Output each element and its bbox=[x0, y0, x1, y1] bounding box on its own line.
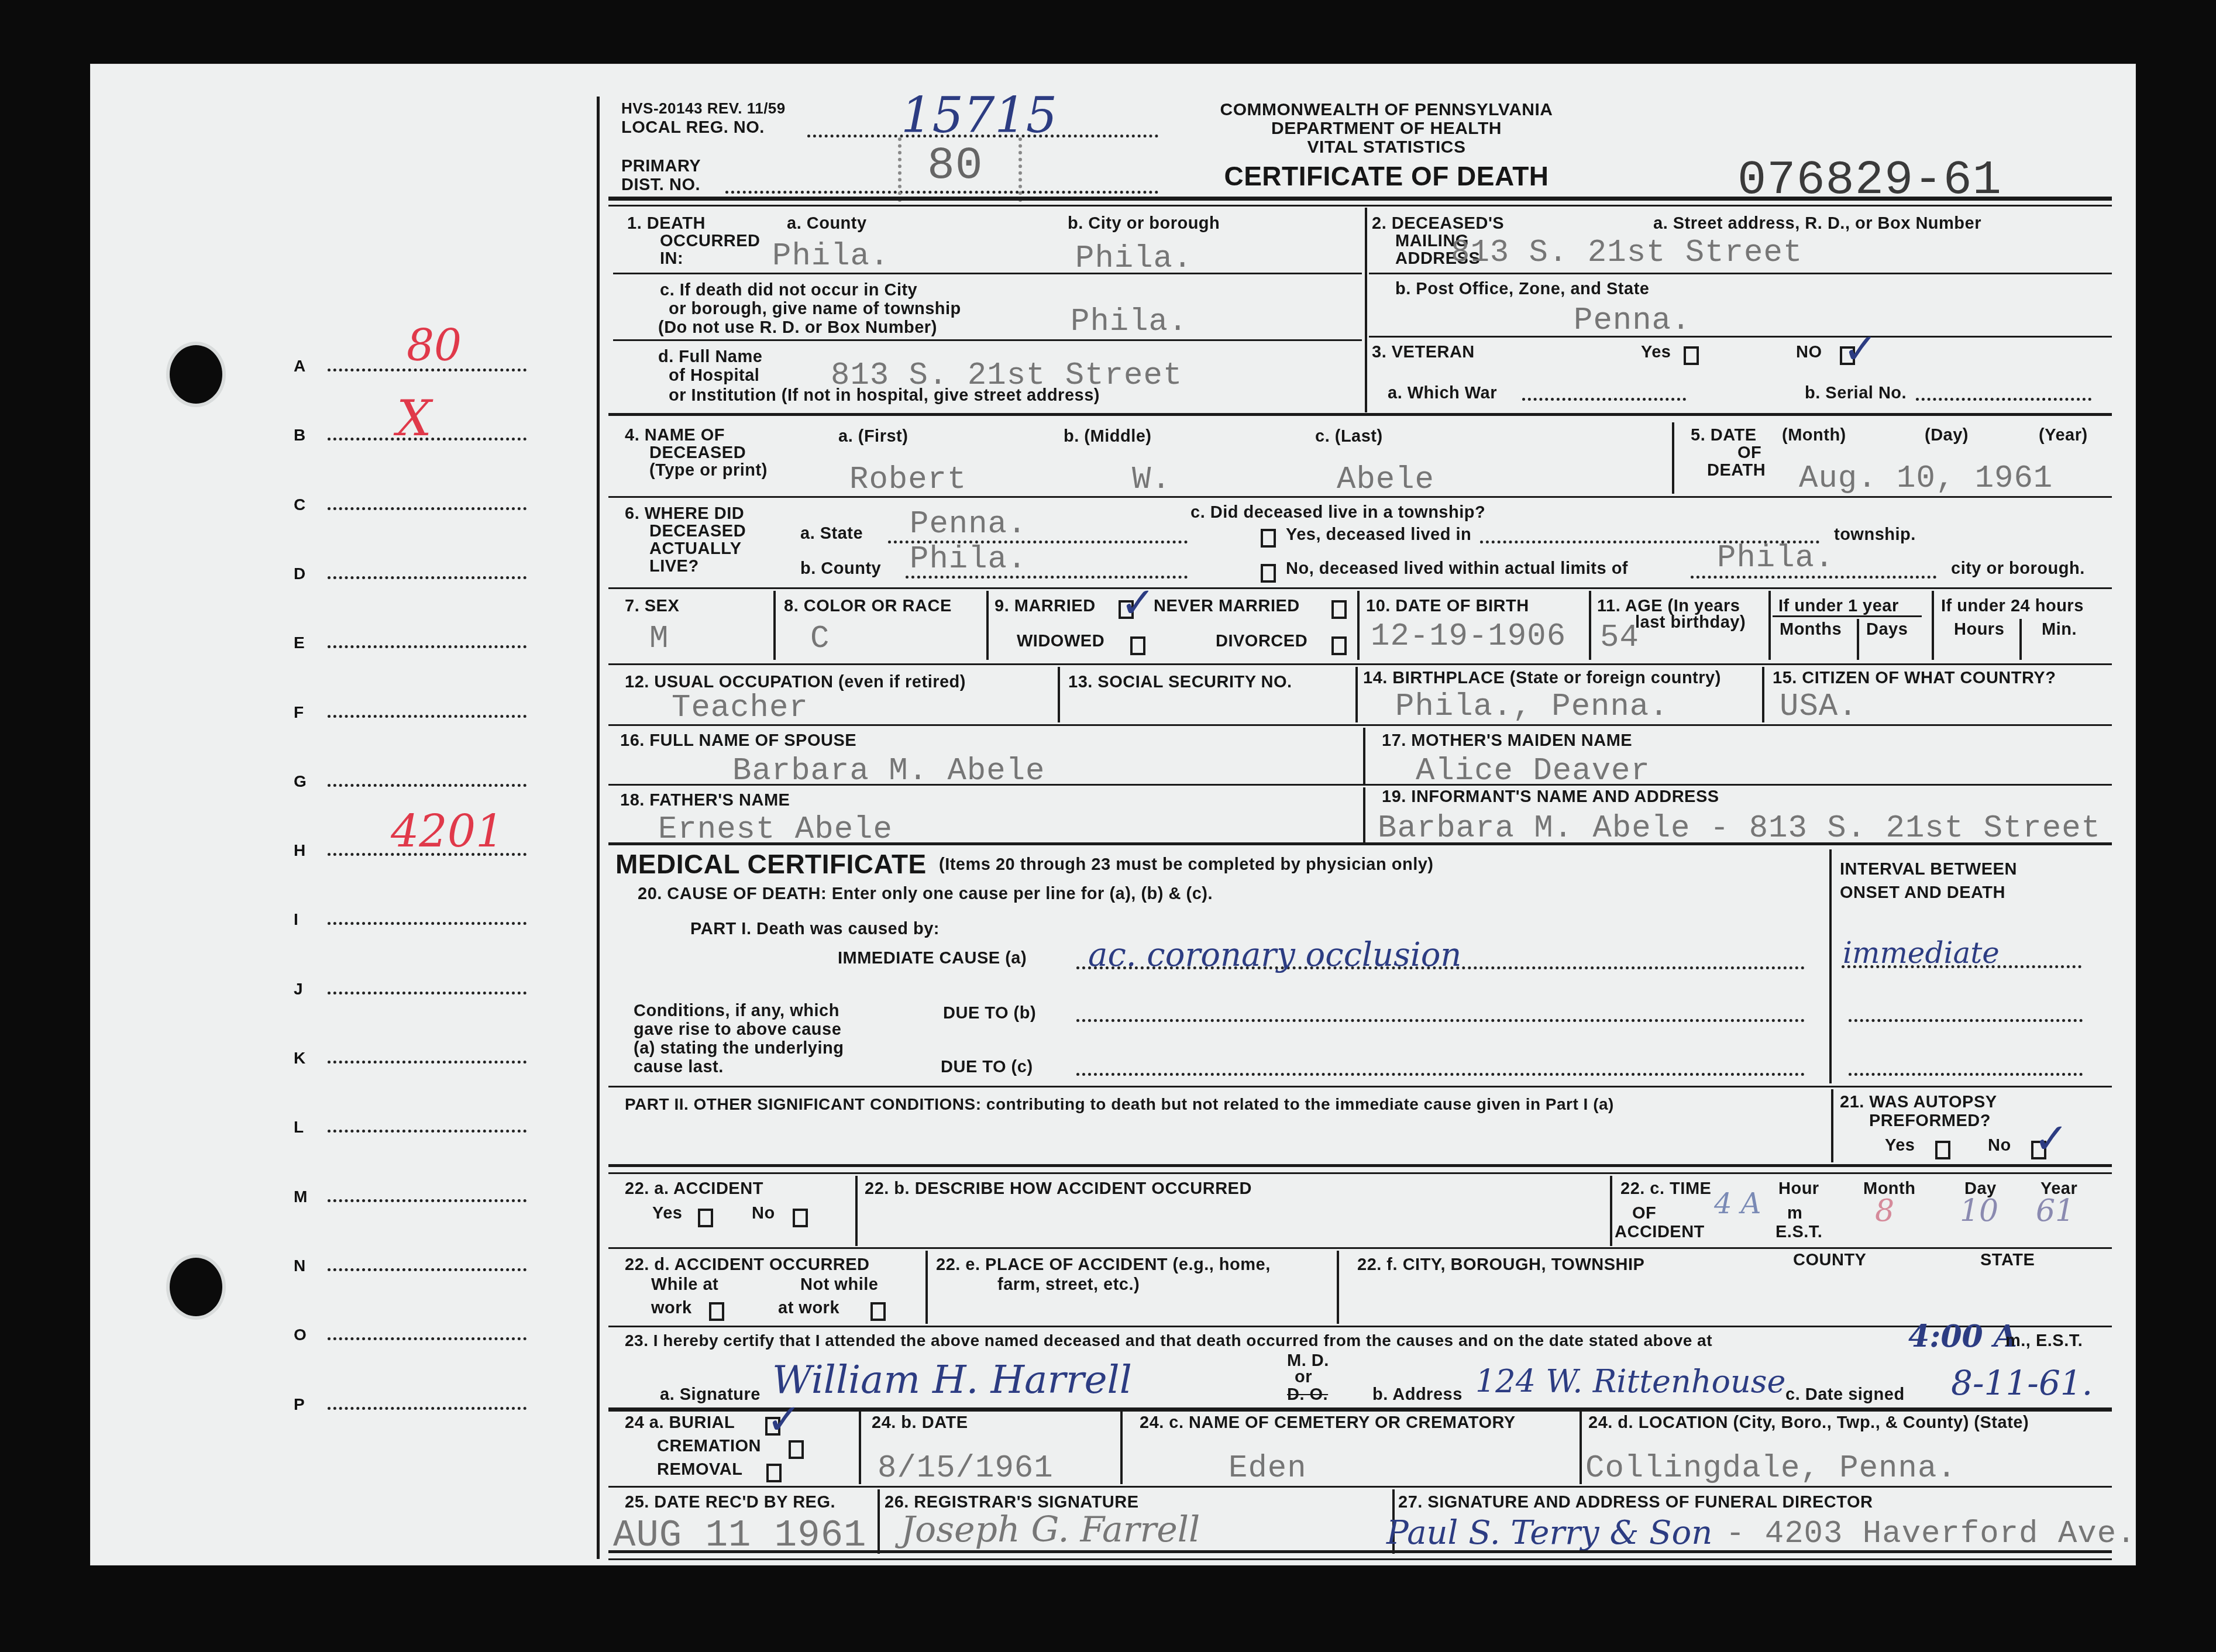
last-name-field[interactable]: Abele bbox=[1337, 462, 1434, 498]
margin-letter: G bbox=[294, 772, 307, 791]
removal-checkbox[interactable] bbox=[766, 1464, 782, 1482]
medical-certificate-title: MEDICAL CERTIFICATE bbox=[615, 849, 927, 879]
margin-letter: B bbox=[294, 426, 305, 445]
accident-occurred-label: 22. d. ACCIDENT OCCURRED bbox=[625, 1255, 870, 1274]
year-label: (Year) bbox=[2039, 426, 2088, 445]
margin-letter: D bbox=[294, 565, 305, 583]
margin-letter: H bbox=[294, 841, 305, 860]
s6-label: LIVE? bbox=[649, 557, 699, 576]
interval-field[interactable]: immediate bbox=[1843, 936, 2000, 970]
min-label: Min. bbox=[2042, 620, 2077, 639]
divider bbox=[1610, 1176, 1612, 1246]
informant-label: 19. INFORMANT'S NAME AND ADDRESS bbox=[1382, 787, 1719, 806]
interval-label: INTERVAL BETWEEN bbox=[1840, 860, 2017, 879]
checkmark-icon: ✓ bbox=[766, 1398, 801, 1440]
divider bbox=[1363, 787, 1365, 842]
death-county-field[interactable]: Phila. bbox=[772, 239, 889, 274]
time-suffix: m., E.S.T. bbox=[2005, 1331, 2083, 1350]
rule bbox=[608, 1172, 2112, 1174]
s4-label: DECEASED bbox=[649, 443, 746, 462]
margin-line-c[interactable] bbox=[328, 507, 527, 510]
margin-letter: M bbox=[294, 1188, 307, 1206]
cause-of-death-label: 20. CAUSE OF DEATH: Enter only one cause… bbox=[638, 884, 1213, 903]
birthplace-field[interactable]: Phila., Penna. bbox=[1395, 689, 1669, 725]
est-label: E.S.T. bbox=[1775, 1223, 1822, 1241]
do-label: D. O. bbox=[1287, 1385, 1328, 1404]
divider bbox=[1363, 728, 1365, 784]
checkmark-icon: ✓ bbox=[2033, 1117, 2069, 1159]
widowed-checkbox[interactable] bbox=[1130, 636, 1145, 655]
divider bbox=[1580, 1411, 1582, 1484]
s4-label: (Type or print) bbox=[649, 461, 768, 480]
rule bbox=[613, 273, 1362, 274]
margin-line-o[interactable] bbox=[328, 1337, 527, 1340]
punch-hole bbox=[170, 345, 222, 404]
age-field[interactable]: 54 bbox=[1600, 620, 1639, 656]
margin-letter: I bbox=[294, 910, 298, 929]
never-married-label: NEVER MARRIED bbox=[1154, 597, 1300, 615]
rule bbox=[608, 587, 2112, 589]
margin-line-e[interactable] bbox=[328, 645, 527, 648]
divider bbox=[773, 591, 776, 660]
rule bbox=[608, 1407, 2112, 1412]
divider bbox=[2019, 619, 2022, 660]
burial-label: 24 a. BURIAL bbox=[625, 1413, 735, 1432]
margin-line-m[interactable] bbox=[328, 1199, 527, 1202]
s1-label: OCCURRED bbox=[660, 232, 761, 250]
middle-name-label: b. (Middle) bbox=[1064, 427, 1151, 446]
cemetery-location-field[interactable]: Collingdale, Penna. bbox=[1585, 1451, 1957, 1486]
place-label-2: farm, street, etc.) bbox=[997, 1275, 1140, 1294]
divorced-label: DIVORCED bbox=[1216, 632, 1307, 651]
margin-line-g[interactable] bbox=[328, 784, 527, 787]
margin-annotation-a: 80 bbox=[407, 321, 462, 371]
city-suffix: city or borough. bbox=[1951, 559, 2085, 578]
street-label: a. Street address, R. D., or Box Number bbox=[1653, 214, 1981, 233]
margin-line-d[interactable] bbox=[328, 576, 527, 579]
accident-hour-field[interactable]: 4 A bbox=[1714, 1188, 1761, 1220]
death-city-field[interactable]: Phila. bbox=[1075, 241, 1192, 277]
township-suffix: township. bbox=[1834, 525, 1916, 544]
autopsy-yes-label: Yes bbox=[1885, 1136, 1915, 1155]
divider bbox=[925, 1251, 928, 1324]
local-reg-value: 15715 bbox=[901, 87, 1057, 144]
form-number: HVS-20143 REV. 11/59 bbox=[621, 99, 786, 117]
never-married-checkbox[interactable] bbox=[1331, 600, 1347, 619]
accident-yes-checkbox[interactable] bbox=[698, 1209, 713, 1227]
divider bbox=[1337, 1251, 1339, 1324]
divider bbox=[1365, 208, 1367, 412]
registrar-signature[interactable]: Joseph G. Farrell bbox=[901, 1509, 1200, 1550]
form-left-border bbox=[597, 97, 600, 1559]
spouse-label: 16. FULL NAME OF SPOUSE bbox=[620, 731, 856, 750]
s1d-label: d. Full Name bbox=[658, 347, 762, 366]
margin-letter: J bbox=[294, 980, 303, 999]
due-to-c-field[interactable] bbox=[1076, 1073, 1805, 1076]
checkmark-icon: ✓ bbox=[1120, 581, 1155, 624]
divider bbox=[1768, 591, 1771, 660]
part2-label: PART II. OTHER SIGNIFICANT CONDITIONS: c… bbox=[625, 1095, 1614, 1114]
punch-hole bbox=[170, 1258, 222, 1316]
divider bbox=[1857, 619, 1859, 660]
s1c-label: or borough, give name of township bbox=[669, 300, 961, 318]
cremation-checkbox[interactable] bbox=[789, 1440, 804, 1459]
rule bbox=[1369, 273, 2112, 274]
cremation-label: CREMATION bbox=[657, 1437, 761, 1455]
township-yes-label: Yes, deceased lived in bbox=[1286, 525, 1471, 544]
city-borough-label: 22. f. CITY, BOROUGH, TOWNSHIP bbox=[1357, 1255, 1644, 1274]
margin-line-f[interactable] bbox=[328, 715, 527, 718]
header-rule bbox=[608, 197, 2112, 201]
interval-b-field[interactable] bbox=[1849, 1019, 2083, 1022]
divider bbox=[1357, 591, 1360, 660]
dob-label: 10. DATE OF BIRTH bbox=[1366, 597, 1529, 615]
under-year-label: If under 1 year bbox=[1778, 597, 1899, 615]
interval-label: ONSET AND DEATH bbox=[1840, 883, 2005, 902]
s1c-label: (Do not use R. D. or Box Number) bbox=[658, 318, 937, 337]
time-of-accident-label: 22. c. TIME bbox=[1620, 1179, 1711, 1198]
margin-annotation-b: X bbox=[397, 390, 432, 447]
s5-label: 5. DATE bbox=[1691, 426, 1757, 445]
war-field[interactable] bbox=[1522, 398, 1686, 401]
months-label: Months bbox=[1780, 620, 1842, 639]
rule bbox=[608, 1247, 2112, 1249]
date-of-death-field[interactable]: Aug. 10, 1961 bbox=[1799, 461, 2053, 497]
rule bbox=[608, 1326, 2112, 1327]
divider bbox=[1589, 591, 1591, 660]
rule bbox=[608, 496, 2112, 498]
date-received-label: 25. DATE REC'D BY REG. bbox=[625, 1493, 835, 1512]
citizenship-field[interactable]: USA. bbox=[1780, 689, 1858, 725]
occupation-field[interactable]: Teacher bbox=[672, 690, 808, 726]
divider bbox=[1932, 591, 1934, 660]
agency-line-3: VITAL STATISTICS bbox=[1193, 138, 1580, 157]
accident-year-field[interactable]: 61 bbox=[2036, 1193, 2074, 1228]
veteran-yes-label: Yes bbox=[1641, 343, 1671, 362]
accident-state-label: STATE bbox=[1980, 1251, 2035, 1269]
agency-line-1: COMMONWEALTH OF PENNSYLVANIA bbox=[1193, 101, 1580, 119]
date-signed-label: c. Date signed bbox=[1785, 1385, 1905, 1404]
rule bbox=[608, 1086, 2112, 1087]
s1c-label: c. If death did not occur in City bbox=[660, 281, 917, 300]
s6-label: ACTUALLY bbox=[649, 539, 742, 558]
autopsy-label-2: PREFORMED? bbox=[1869, 1111, 1991, 1130]
margin-letter: C bbox=[294, 495, 305, 514]
margin-letter: P bbox=[294, 1395, 305, 1414]
mailing-street-field[interactable]: 813 S. 21st Street bbox=[1451, 235, 1802, 271]
s5-label: OF bbox=[1737, 443, 1761, 462]
margin-letter: E bbox=[294, 634, 305, 652]
s6-label: 6. WHERE DID bbox=[625, 504, 744, 523]
divider bbox=[878, 1489, 880, 1554]
margin-line-n[interactable] bbox=[328, 1268, 527, 1271]
divider bbox=[1672, 422, 1674, 494]
burial-date-field[interactable]: 8/15/1961 bbox=[878, 1451, 1054, 1486]
conditions-label: gave rise to above cause bbox=[634, 1020, 841, 1039]
autopsy-no-label: No bbox=[1988, 1136, 2011, 1155]
s1d-label: of Hospital bbox=[669, 366, 759, 385]
divider bbox=[859, 1411, 861, 1484]
veteran-label: 3. VETERAN bbox=[1372, 343, 1475, 362]
township-no-label: No, deceased lived within actual limits … bbox=[1286, 559, 1628, 578]
married-label: 9. MARRIED bbox=[995, 597, 1096, 615]
veteran-no-label: NO bbox=[1796, 343, 1822, 362]
first-name-label: a. (First) bbox=[838, 427, 908, 446]
race-field[interactable]: C bbox=[810, 621, 830, 657]
rule bbox=[608, 663, 2112, 665]
s4-label: 4. NAME OF bbox=[625, 426, 725, 445]
township-question: c. Did deceased live in a township? bbox=[1190, 503, 1485, 522]
address-label: b. Address bbox=[1372, 1385, 1463, 1404]
cemetery-field[interactable]: Eden bbox=[1229, 1451, 1307, 1486]
last-name-label: c. (Last) bbox=[1315, 427, 1383, 446]
father-label: 18. FATHER'S NAME bbox=[620, 791, 790, 810]
or-label: or bbox=[1295, 1368, 1312, 1386]
margin-letter: K bbox=[294, 1049, 305, 1068]
county-label: a. County bbox=[787, 214, 867, 233]
hours-label: Hours bbox=[1954, 620, 2004, 639]
divider bbox=[1829, 849, 1832, 1083]
page-title: CERTIFICATE OF DEATH bbox=[1193, 161, 1580, 191]
primary-label: PRIMARY bbox=[621, 157, 701, 175]
s5-label: DEATH bbox=[1707, 461, 1766, 480]
due-to-b-field[interactable] bbox=[1076, 1019, 1805, 1022]
part1-label: PART I. Death was caused by: bbox=[690, 920, 940, 938]
burial-date-label: 24. b. DATE bbox=[872, 1413, 968, 1432]
autopsy-label: 21. WAS AUTOPSY bbox=[1840, 1093, 1997, 1111]
race-label: 8. COLOR OR RACE bbox=[784, 597, 952, 615]
hour-label: Hour bbox=[1778, 1179, 1819, 1198]
margin-letter: F bbox=[294, 703, 304, 722]
time-of-accident-label: ACCIDENT bbox=[1615, 1223, 1705, 1241]
divider bbox=[1120, 1411, 1123, 1484]
rule bbox=[608, 784, 2112, 786]
accident-month-field[interactable]: 8 bbox=[1875, 1193, 1894, 1228]
sex-label: 7. SEX bbox=[625, 597, 679, 615]
due-to-c-label: DUE TO (c) bbox=[941, 1058, 1033, 1076]
rule bbox=[1773, 615, 1922, 617]
sex-field[interactable]: M bbox=[649, 621, 669, 657]
s1-label: IN: bbox=[660, 249, 683, 268]
header-rule-2 bbox=[608, 205, 2112, 206]
divider bbox=[1058, 667, 1060, 722]
rule bbox=[613, 339, 1362, 341]
divider bbox=[1355, 667, 1358, 722]
margin-line-p[interactable] bbox=[328, 1407, 527, 1410]
township-field[interactable]: Phila. bbox=[1071, 304, 1188, 340]
divider bbox=[1762, 667, 1764, 722]
divider bbox=[855, 1176, 858, 1246]
post-office-label: b. Post Office, Zone, and State bbox=[1395, 280, 1649, 298]
middle-name-field[interactable]: W. bbox=[1132, 462, 1171, 498]
residence-state-field[interactable]: Penna. bbox=[910, 507, 1027, 542]
margin-annotation-h: 4201 bbox=[391, 805, 504, 857]
margin-line-j[interactable] bbox=[328, 992, 527, 994]
accident-yes-label: Yes bbox=[652, 1204, 683, 1223]
accident-label: 22. a. ACCIDENT bbox=[625, 1179, 763, 1198]
days-label: Days bbox=[1866, 620, 1908, 639]
post-office-field[interactable]: Penna. bbox=[1574, 303, 1691, 339]
agency-line-2: DEPARTMENT OF HEALTH bbox=[1193, 119, 1580, 138]
dist-no-label: DIST. NO. bbox=[621, 175, 700, 194]
s1-label: 1. DEATH bbox=[627, 214, 706, 233]
accident-county-label: COUNTY bbox=[1793, 1251, 1866, 1269]
certify-time-field[interactable]: 4:00 A bbox=[1908, 1319, 2017, 1354]
serial-label: b. Serial No. bbox=[1805, 384, 1907, 402]
widowed-label: WIDOWED bbox=[1017, 632, 1104, 651]
location-label: 24. d. LOCATION (City, Boro., Twp., & Co… bbox=[1588, 1413, 2029, 1432]
rule bbox=[608, 842, 2112, 845]
conditions-label: Conditions, if any, which bbox=[634, 1001, 839, 1020]
war-label: a. Which War bbox=[1388, 384, 1497, 402]
not-while-label: Not while bbox=[800, 1275, 878, 1294]
birthplace-label: 14. BIRTHPLACE (State or foreign country… bbox=[1363, 669, 1721, 687]
month-label: (Month) bbox=[1782, 426, 1846, 445]
citizenship-label: 15. CITIZEN OF WHAT COUNTRY? bbox=[1773, 669, 2056, 687]
s6-label: DECEASED bbox=[649, 522, 746, 541]
certify-statement: 23. I hereby certify that I attended the… bbox=[625, 1331, 1712, 1350]
physician-signature[interactable]: William H. Harrell bbox=[772, 1357, 1132, 1402]
first-name-field[interactable]: Robert bbox=[849, 462, 966, 498]
rule bbox=[608, 1164, 2112, 1167]
rule bbox=[608, 413, 2112, 416]
age-label-2: last birthday) bbox=[1635, 613, 1746, 632]
cemetery-label: 24. c. NAME OF CEMETERY OR CREMATORY bbox=[1140, 1413, 1516, 1432]
interval-c-field[interactable] bbox=[1849, 1073, 2083, 1076]
date-signed-field[interactable]: 8-11-61. bbox=[1951, 1363, 2093, 1403]
s2-label: 2. DECEASED'S bbox=[1372, 214, 1504, 233]
while-at-label: While at bbox=[651, 1275, 718, 1294]
margin-letter: N bbox=[294, 1257, 305, 1275]
margin-letter: L bbox=[294, 1118, 304, 1137]
work-label: work bbox=[651, 1299, 692, 1317]
immediate-cause-field[interactable]: ac. coronary occlusion bbox=[1088, 936, 1461, 974]
serial-field[interactable] bbox=[1916, 398, 2091, 401]
funeral-director-label: 27. SIGNATURE AND ADDRESS OF FUNERAL DIR… bbox=[1398, 1493, 1873, 1512]
removal-label: REMOVAL bbox=[657, 1460, 742, 1479]
checkmark-icon: ✓ bbox=[1843, 328, 1878, 370]
accident-no-checkbox[interactable] bbox=[793, 1209, 808, 1227]
county-label: b. County bbox=[800, 559, 881, 578]
at-work-label: at work bbox=[778, 1299, 839, 1317]
rule bbox=[608, 1486, 2112, 1488]
describe-accident-label: 22. b. DESCRIBE HOW ACCIDENT OCCURRED bbox=[865, 1179, 1252, 1198]
township-yes-checkbox[interactable] bbox=[1261, 529, 1276, 548]
margin-letter: A bbox=[294, 357, 305, 376]
city-label: b. City or borough bbox=[1068, 214, 1220, 233]
conditions-label: (a) stating the underlying bbox=[634, 1039, 844, 1058]
mother-label: 17. MOTHER'S MAIDEN NAME bbox=[1382, 731, 1632, 750]
while-at-work-checkbox[interactable] bbox=[709, 1302, 724, 1321]
margin-letter: O bbox=[294, 1326, 307, 1344]
dob-field[interactable]: 12-19-1906 bbox=[1371, 619, 1566, 655]
informant-field[interactable]: Barbara M. Abele - 813 S. 21st Street bbox=[1378, 811, 2101, 846]
dist-no-value: 80 bbox=[927, 140, 983, 192]
due-to-b-label: DUE TO (b) bbox=[943, 1004, 1036, 1023]
autopsy-yes-checkbox[interactable] bbox=[1935, 1141, 1950, 1159]
medical-note: (Items 20 through 23 must be completed b… bbox=[939, 855, 1434, 874]
place-label: 22. e. PLACE OF ACCIDENT (e.g., home, bbox=[936, 1255, 1271, 1274]
accident-day-field[interactable]: 10 bbox=[1960, 1193, 1998, 1228]
conditions-label: cause last. bbox=[634, 1058, 724, 1076]
local-reg-label: LOCAL REG. NO. bbox=[621, 118, 765, 137]
margin-line-l[interactable] bbox=[328, 1130, 527, 1133]
signature-label: a. Signature bbox=[660, 1385, 761, 1404]
day-label: (Day) bbox=[1925, 426, 1969, 445]
time-of-accident-label: OF bbox=[1632, 1204, 1656, 1223]
divorced-checkbox[interactable] bbox=[1331, 636, 1347, 655]
hospital-field[interactable]: 813 S. 21st Street bbox=[831, 358, 1182, 394]
residence-county-field[interactable]: Phila. bbox=[910, 542, 1027, 577]
not-at-work-checkbox[interactable] bbox=[870, 1302, 886, 1321]
margin-line-i[interactable] bbox=[328, 922, 527, 925]
occupation-label: 12. USUAL OCCUPATION (even if retired) bbox=[625, 673, 966, 691]
immediate-cause-label: IMMEDIATE CAUSE (a) bbox=[838, 949, 1027, 968]
rule bbox=[1369, 336, 2112, 338]
city-limits-field[interactable]: Phila. bbox=[1717, 541, 1834, 576]
rule bbox=[608, 1550, 2112, 1553]
margin-line-k[interactable] bbox=[328, 1061, 527, 1064]
rule bbox=[608, 1558, 2112, 1560]
rule bbox=[608, 724, 2112, 726]
physician-address-field[interactable]: 124 W. Rittenhouse bbox=[1475, 1363, 1785, 1400]
m-label: m bbox=[1787, 1204, 1802, 1223]
state-label: a. State bbox=[800, 524, 863, 543]
accident-no-label: No bbox=[752, 1204, 775, 1223]
divider bbox=[986, 591, 989, 660]
funeral-director-address[interactable]: - 4203 Haverford Ave. bbox=[1726, 1516, 2136, 1552]
under-24-label: If under 24 hours bbox=[1941, 597, 2084, 615]
funeral-director-signature[interactable]: Paul S. Terry & Son bbox=[1386, 1514, 1712, 1552]
divider bbox=[1831, 1089, 1833, 1162]
township-no-checkbox[interactable] bbox=[1261, 564, 1276, 583]
veteran-yes-checkbox[interactable] bbox=[1684, 346, 1699, 365]
ssn-label: 13. SOCIAL SECURITY NO. bbox=[1068, 673, 1292, 691]
